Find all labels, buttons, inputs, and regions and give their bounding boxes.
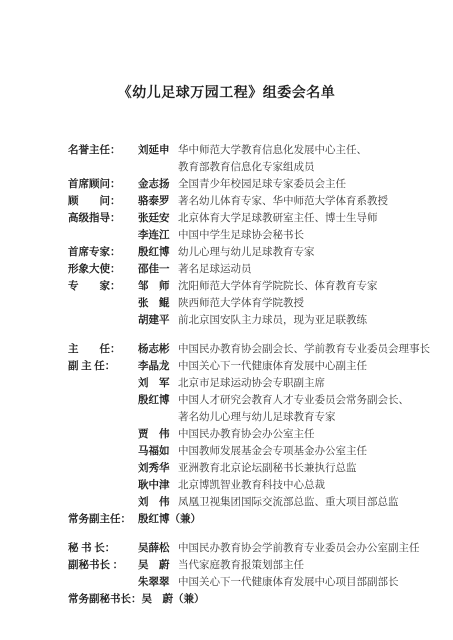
member-desc: 中国人才研究会教育人才专业委员会常务副会长、 (178, 392, 409, 409)
member-desc: 全国青少年校园足球专家委员会主任 (178, 176, 346, 193)
role-label: 专 家： (68, 278, 138, 295)
roster-group: 名誉主任：刘延申华中师范大学教育信息化发展中心主任、教育部教育信息化专家组成员首… (68, 142, 435, 329)
committee-row: 朱翠翠中国关心下一代健康体育发展中心项目部副部长 (68, 574, 435, 591)
member-desc: 中国民办教育协会办公室主任 (178, 426, 315, 443)
member-name: 邵佳一 (138, 261, 178, 278)
role-label (68, 574, 138, 591)
committee-row: 贾 伟中国民办教育协会办公室主任 (68, 426, 435, 443)
committee-row: 副秘书长 ：吴 蔚当代家庭教育报策划部主任 (68, 557, 435, 574)
member-desc: 著名足球运动员 (178, 261, 252, 278)
role-label (68, 494, 138, 511)
member-desc: 著名幼儿心理与幼儿足球教育专家 (178, 409, 336, 426)
member-desc: 亚洲教育北京论坛副秘书长兼执行总监 (178, 460, 357, 477)
member-desc: 中国教师发展基金会专项基金办公室主任 (178, 443, 367, 460)
committee-row: 副 主 任：李晶龙中国关心下一代健康体育发展中心副主任 (68, 358, 435, 375)
roster-group: 秘 书 长：吴薛松中国民办教育协会学前教育专业委员会办公室副主任副秘书长 ：吴 … (68, 540, 435, 608)
member-desc: 幼儿心理与幼儿足球教育专家 (178, 244, 315, 261)
member-name: 邹 师 (138, 278, 178, 295)
committee-row: 专 家：邹 师沈阳师范大学体育学院院长、体育教育专家 (68, 278, 435, 295)
role-label (68, 375, 138, 392)
role-label (68, 312, 138, 329)
member-name (138, 159, 178, 176)
member-name: 马福如 (138, 443, 178, 460)
member-desc: 前北京国安队主力球员，现为亚足联教练 (178, 312, 367, 329)
member-desc: 北京市足球运动协会专职副主席 (178, 375, 325, 392)
member-desc: 中国关心下一代健康体育发展中心副主任 (178, 358, 367, 375)
committee-row: 主 任：杨志彬中国民办教育协会副会长、学前教育专业委员会理事长 (68, 341, 435, 358)
member-desc: 中国关心下一代健康体育发展中心项目部副部长 (178, 574, 399, 591)
member-name: 杨志彬 (138, 341, 178, 358)
member-name: 耿中津 (138, 477, 178, 494)
role-label: 常务副主任： (68, 511, 138, 528)
role-label: 副秘书长 ： (68, 557, 138, 574)
member-name (138, 409, 178, 426)
role-label: 名誉主任： (68, 142, 138, 159)
member-name: 骆泰罗 (138, 193, 178, 210)
role-label (68, 227, 138, 244)
committee-row: 刘秀华亚洲教育北京论坛副秘书长兼执行总监 (68, 460, 435, 477)
member-name: 刘秀华 (138, 460, 178, 477)
role-label: 形象大使： (68, 261, 138, 278)
member-name: 李连江 (138, 227, 178, 244)
committee-row: 首席专家：殷红博幼儿心理与幼儿足球教育专家 (68, 244, 435, 261)
role-label: 副 主 任： (68, 358, 138, 375)
role-label: 高级指导： (68, 210, 138, 227)
committee-row: 首席顾问：金志扬全国青少年校园足球专家委员会主任 (68, 176, 435, 193)
committee-row: 顾 问：骆泰罗著名幼儿体育专家、华中师范大学体育系教授 (68, 193, 435, 210)
member-name: 贾 伟 (138, 426, 178, 443)
committee-row: 胡建平前北京国安队主力球员，现为亚足联教练 (68, 312, 435, 329)
member-name: 殷红博 (138, 244, 178, 261)
role-label (68, 460, 138, 477)
role-label (68, 159, 138, 176)
member-name: 胡建平 (138, 312, 178, 329)
committee-row: 教育部教育信息化专家组成员 (68, 159, 435, 176)
committee-row: 马福如中国教师发展基金会专项基金办公室主任 (68, 443, 435, 460)
member-name: 金志扬 (138, 176, 178, 193)
member-desc: 陕西师范大学体育学院教授 (178, 295, 304, 312)
member-name: 殷红博（兼） (138, 511, 201, 528)
role-label: 顾 问： (68, 193, 138, 210)
member-name: 殷红博 (138, 392, 178, 409)
member-desc: 教育部教育信息化专家组成员 (178, 159, 315, 176)
member-desc: 北京博凯智业教育科技中心总裁 (178, 477, 325, 494)
member-desc: 沈阳师范大学体育学院院长、体育教育专家 (178, 278, 378, 295)
role-label (68, 409, 138, 426)
committee-row: 著名幼儿心理与幼儿足球教育专家 (68, 409, 435, 426)
committee-row: 常务副秘书长：吴 蔚（兼） (68, 591, 435, 608)
member-desc: 著名幼儿体育专家、华中师范大学体育系教授 (178, 193, 388, 210)
role-label (68, 426, 138, 443)
committee-row: 常务副主任：殷红博（兼） (68, 511, 435, 528)
member-name: 张 鲲 (138, 295, 178, 312)
member-desc: 华中师范大学教育信息化发展中心主任、 (178, 142, 367, 159)
member-name: 吴 蔚 (138, 557, 178, 574)
role-label: 首席专家： (68, 244, 138, 261)
role-label: 首席顾问： (68, 176, 138, 193)
member-name: 刘延申 (138, 142, 178, 159)
member-desc: 中国民办教育协会学前教育专业委员会办公室副主任 (178, 540, 420, 557)
member-name: 李晶龙 (138, 358, 178, 375)
role-label (68, 295, 138, 312)
committee-row: 名誉主任：刘延申华中师范大学教育信息化发展中心主任、 (68, 142, 435, 159)
document-page: 《幼儿足球万园工程》组委会名单 名誉主任：刘延申华中师范大学教育信息化发展中心主… (0, 0, 453, 640)
role-label: 主 任： (68, 341, 138, 358)
member-name: 吴薛松 (138, 540, 178, 557)
roster: 名誉主任：刘延申华中师范大学教育信息化发展中心主任、教育部教育信息化专家组成员首… (68, 142, 435, 608)
committee-row: 殷红博中国人才研究会教育人才专业委员会常务副会长、 (68, 392, 435, 409)
member-desc: 凤凰卫视集团国际交流部总监、重大项目部总监 (178, 494, 399, 511)
committee-row: 形象大使：邵佳一著名足球运动员 (68, 261, 435, 278)
member-name: 刘 伟 (138, 494, 178, 511)
roster-group: 主 任：杨志彬中国民办教育协会副会长、学前教育专业委员会理事长副 主 任：李晶龙… (68, 341, 435, 528)
committee-row: 高级指导：张廷安北京体育大学足球教研室主任、博士生导师 (68, 210, 435, 227)
role-label (68, 392, 138, 409)
committee-row: 李连江中国中学生足球协会秘书长 (68, 227, 435, 244)
role-label: 常务副秘书长： (68, 591, 142, 608)
member-desc: 北京体育大学足球教研室主任、博士生导师 (178, 210, 378, 227)
member-name: 张廷安 (138, 210, 178, 227)
role-label (68, 443, 138, 460)
committee-row: 张 鲲陕西师范大学体育学院教授 (68, 295, 435, 312)
committee-row: 刘 军北京市足球运动协会专职副主席 (68, 375, 435, 392)
role-label: 秘 书 长： (68, 540, 138, 557)
member-name: 朱翠翠 (138, 574, 178, 591)
page-title: 《幼儿足球万园工程》组委会名单 (0, 0, 453, 102)
committee-row: 耿中津北京博凯智业教育科技中心总裁 (68, 477, 435, 494)
member-desc: 中国中学生足球协会秘书长 (178, 227, 304, 244)
role-label (68, 477, 138, 494)
committee-row: 秘 书 长：吴薛松中国民办教育协会学前教育专业委员会办公室副主任 (68, 540, 435, 557)
member-desc: 当代家庭教育报策划部主任 (178, 557, 304, 574)
committee-row: 刘 伟凤凰卫视集团国际交流部总监、重大项目部总监 (68, 494, 435, 511)
member-desc: 中国民办教育协会副会长、学前教育专业委员会理事长 (178, 341, 430, 358)
member-name: 吴 蔚（兼） (142, 591, 205, 608)
member-name: 刘 军 (138, 375, 178, 392)
